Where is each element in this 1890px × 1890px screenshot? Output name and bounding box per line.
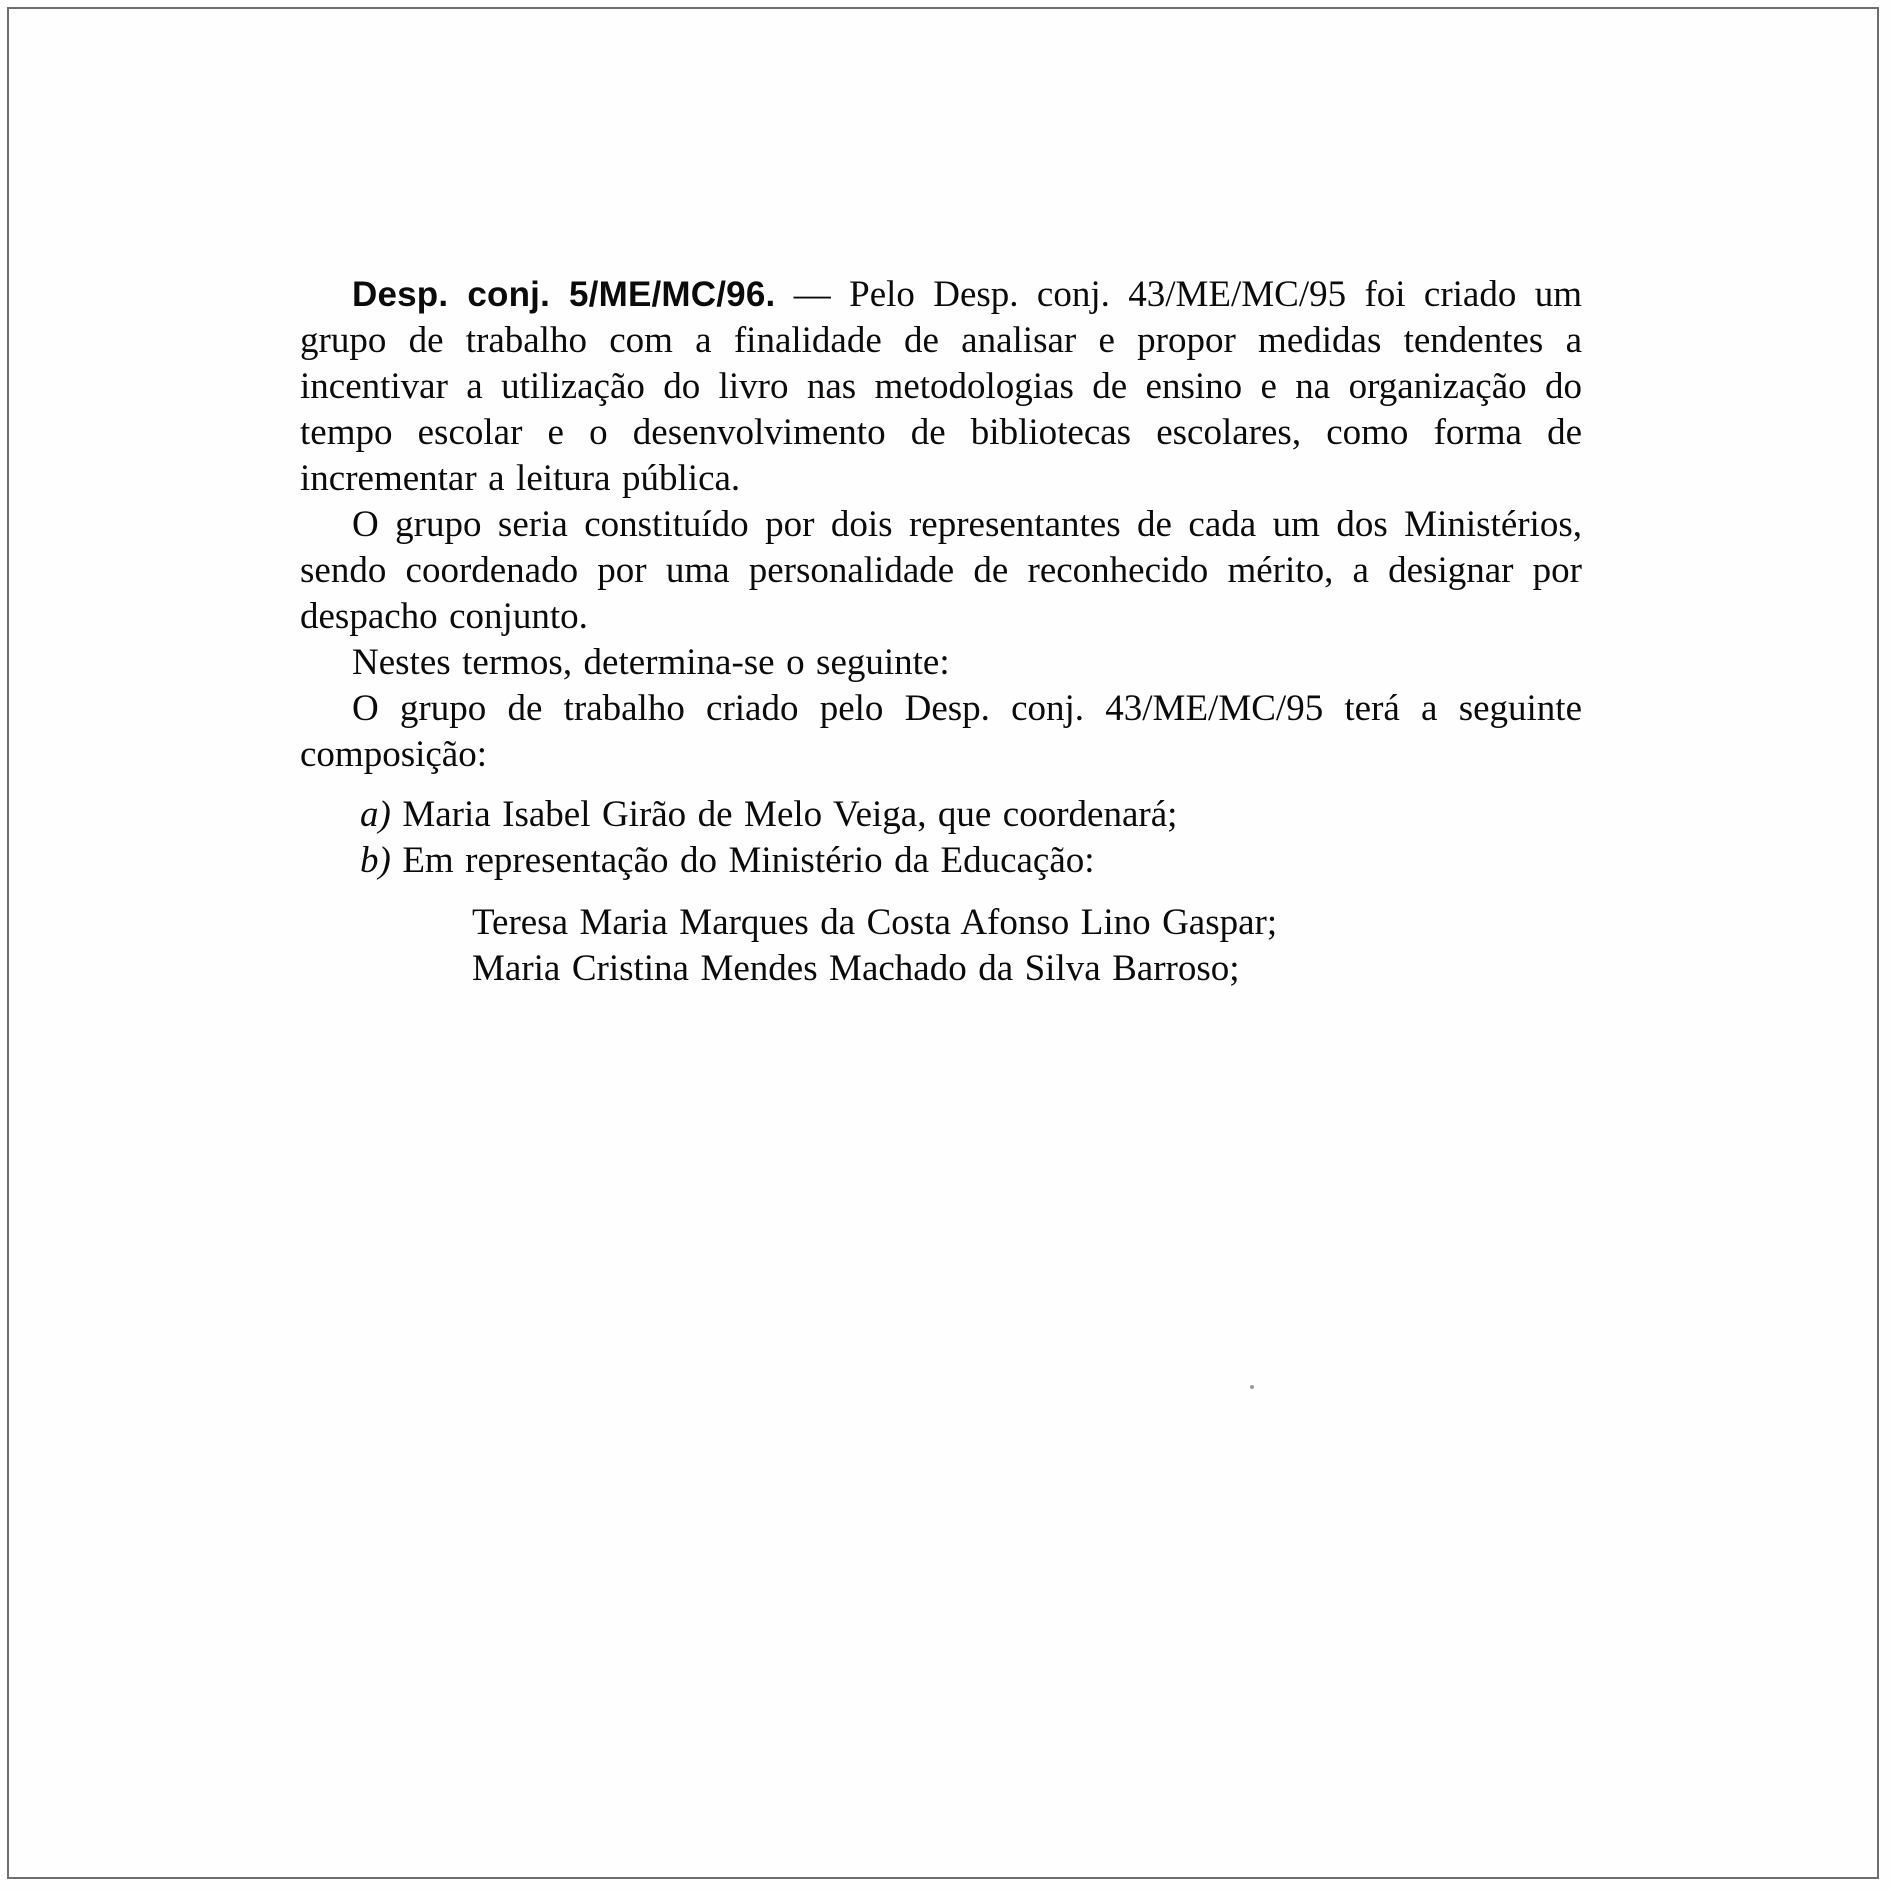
scanned-document-page: Desp. conj. 5/ME/MC/96. — Pelo Desp. con… — [0, 0, 1890, 1890]
composition-list: a) Maria Isabel Girão de Melo Veiga, que… — [360, 792, 1582, 884]
paragraph-group-composition: O grupo seria constituído por dois repre… — [300, 502, 1582, 640]
name-line-1: Teresa Maria Marques da Costa Afonso Lin… — [472, 900, 1582, 946]
list-item-b-text: Em representação do Ministério da Educaç… — [402, 840, 1094, 881]
representatives-names-block: Teresa Maria Marques da Costa Afonso Lin… — [472, 900, 1582, 992]
dash-separator: — — [794, 274, 831, 315]
list-item-a: a) Maria Isabel Girão de Melo Veiga, que… — [360, 792, 1582, 838]
paragraph-composition-lead: O grupo de trabalho criado pelo Desp. co… — [300, 686, 1582, 778]
list-item-b: b) Em representação do Ministério da Edu… — [360, 838, 1582, 884]
name-line-2: Maria Cristina Mendes Machado da Silva B… — [472, 946, 1582, 992]
scan-speck-artifact — [1250, 1385, 1254, 1389]
list-item-a-text: Maria Isabel Girão de Melo Veiga, que co… — [402, 794, 1177, 835]
decree-number-heading: Desp. conj. 5/ME/MC/96. — [352, 275, 775, 314]
list-item-b-marker: b) — [360, 840, 391, 881]
list-item-a-marker: a) — [360, 794, 391, 835]
paragraph-intro: Desp. conj. 5/ME/MC/96. — Pelo Desp. con… — [300, 272, 1582, 502]
decree-text-block: Desp. conj. 5/ME/MC/96. — Pelo Desp. con… — [300, 272, 1582, 992]
paragraph-nestes-termos: Nestes termos, determina-se o seguinte: — [300, 640, 1582, 686]
